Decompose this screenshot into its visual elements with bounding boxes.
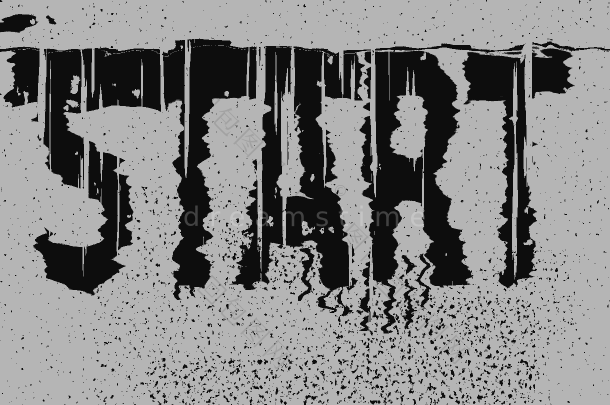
grunge-start-artwork: 包图网 包图网 包图网 包图网 © <box>0 0 610 405</box>
speckle-patch <box>150 358 325 405</box>
watermark-light-text: dreamstime <box>183 202 435 233</box>
artwork-canvas: 包图网 包图网 包图网 包图网 © <box>0 0 610 405</box>
speckle-patch <box>335 298 535 405</box>
speckle-patch <box>225 228 320 283</box>
